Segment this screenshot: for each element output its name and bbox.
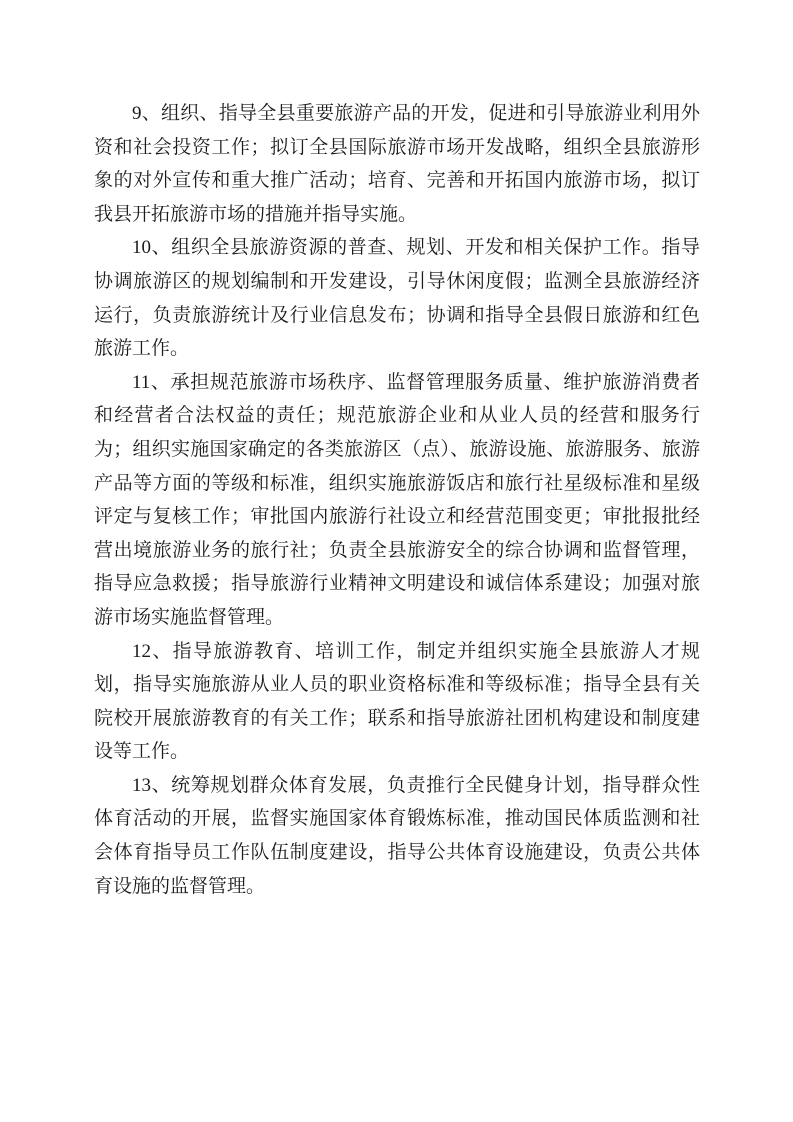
paragraph-item-12: 12、指导旅游教育、培训工作，制定并组织实施全县旅游人才规划，指导实施旅游从业人…	[94, 635, 700, 769]
paragraph-item-10: 10、组织全县旅游资源的普查、规划、开发和相关保护工作。指导协调旅游区的规划编制…	[94, 231, 700, 365]
document-page: 9、组织、指导全县重要旅游产品的开发，促进和引导旅游业利用外资和社会投资工作；拟…	[0, 0, 793, 1122]
paragraph-item-13: 13、统筹规划群众体育发展，负责推行全民健身计划，指导群众性体育活动的开展，监督…	[94, 769, 700, 903]
paragraph-item-11: 11、承担规范旅游市场秩序、监督管理服务质量、维护旅游消费者和经营者合法权益的责…	[94, 366, 700, 635]
paragraph-item-9: 9、组织、指导全县重要旅游产品的开发，促进和引导旅游业利用外资和社会投资工作；拟…	[94, 97, 700, 231]
